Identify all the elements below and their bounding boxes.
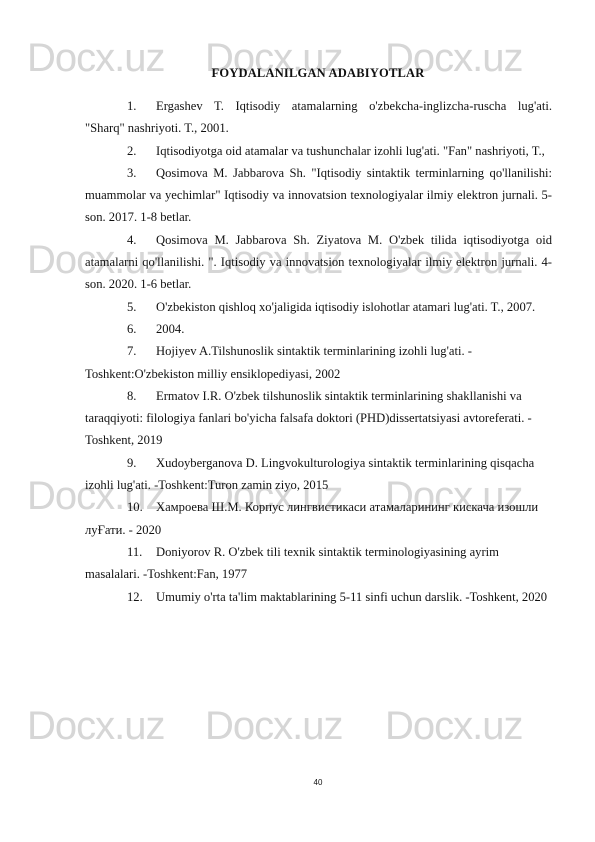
reference-text: Ergashev T. Iqtisodiy atamalarning o'zbe… <box>85 99 552 135</box>
watermark: Docx.uz <box>205 706 343 746</box>
reference-list: 1.Ergashev T. Iqtisodiy atamalarning o'z… <box>85 95 552 608</box>
reference-item: 4.Qosimova M. Jabbarova Sh. Ziyatova M. … <box>85 229 552 296</box>
reference-number: 4. <box>127 229 156 251</box>
reference-number: 3. <box>127 162 156 184</box>
reference-number: 5. <box>127 296 156 318</box>
page-title: FOYDALANILGAN ADABIYOTLAR <box>0 66 595 81</box>
reference-item: 7.Hojiyev A.Tilshunoslik sintaktik termi… <box>85 340 552 385</box>
reference-number: 12. <box>127 586 156 608</box>
reference-number: 9. <box>127 452 156 474</box>
watermark: Docx.uz <box>385 706 523 746</box>
reference-number: 11. <box>127 541 156 563</box>
reference-text: O'zbekiston qishloq xo'jaligida iqtisodi… <box>156 300 535 314</box>
reference-number: 8. <box>127 385 156 407</box>
reference-item: 6.2004. <box>85 318 552 340</box>
reference-item: 12.Umumiy o'rta ta'lim maktablarining 5-… <box>85 586 552 608</box>
reference-text: Iqtisodiyotga oid atamalar va tushunchal… <box>156 144 545 158</box>
reference-number: 2. <box>127 140 156 162</box>
reference-number: 6. <box>127 318 156 340</box>
page-number: 40 <box>0 778 595 787</box>
reference-item: 5.O'zbekiston qishloq xo'jaligida iqtiso… <box>85 296 552 318</box>
reference-item: 9.Xudoyberganova D. Lingvokulturologiya … <box>85 452 552 497</box>
watermark: Docx.uz <box>27 706 165 746</box>
reference-number: 1. <box>127 95 156 117</box>
reference-number: 7. <box>127 340 156 362</box>
reference-item: 3.Qosimova M. Jabbarova Sh. "Iqtisodiy s… <box>85 162 552 229</box>
reference-text: Umumiy o'rta ta'lim maktablarining 5-11 … <box>156 590 547 604</box>
reference-item: 1.Ergashev T. Iqtisodiy atamalarning o'z… <box>85 95 552 140</box>
reference-item: 11.Doniyorov R. O'zbek tili texnik sinta… <box>85 541 552 586</box>
reference-text: Qosimova M. Jabbarova Sh. "Iqtisodiy sin… <box>85 166 552 225</box>
reference-number: 10. <box>127 496 156 518</box>
watermark-row: Docx.uz Docx.uz Docx.uz <box>0 706 595 746</box>
reference-item: 8.Ermatov I.R. O'zbek tilshunoslik sinta… <box>85 385 552 452</box>
reference-item: 10.Хамроева Ш.М. Корпус лингвистикаси ат… <box>85 496 552 541</box>
reference-text: Qosimova M. Jabbarova Sh. Ziyatova M. O'… <box>85 233 552 292</box>
reference-text: 2004. <box>156 322 184 336</box>
reference-item: 2.Iqtisodiyotga oid atamalar va tushunch… <box>85 140 552 162</box>
